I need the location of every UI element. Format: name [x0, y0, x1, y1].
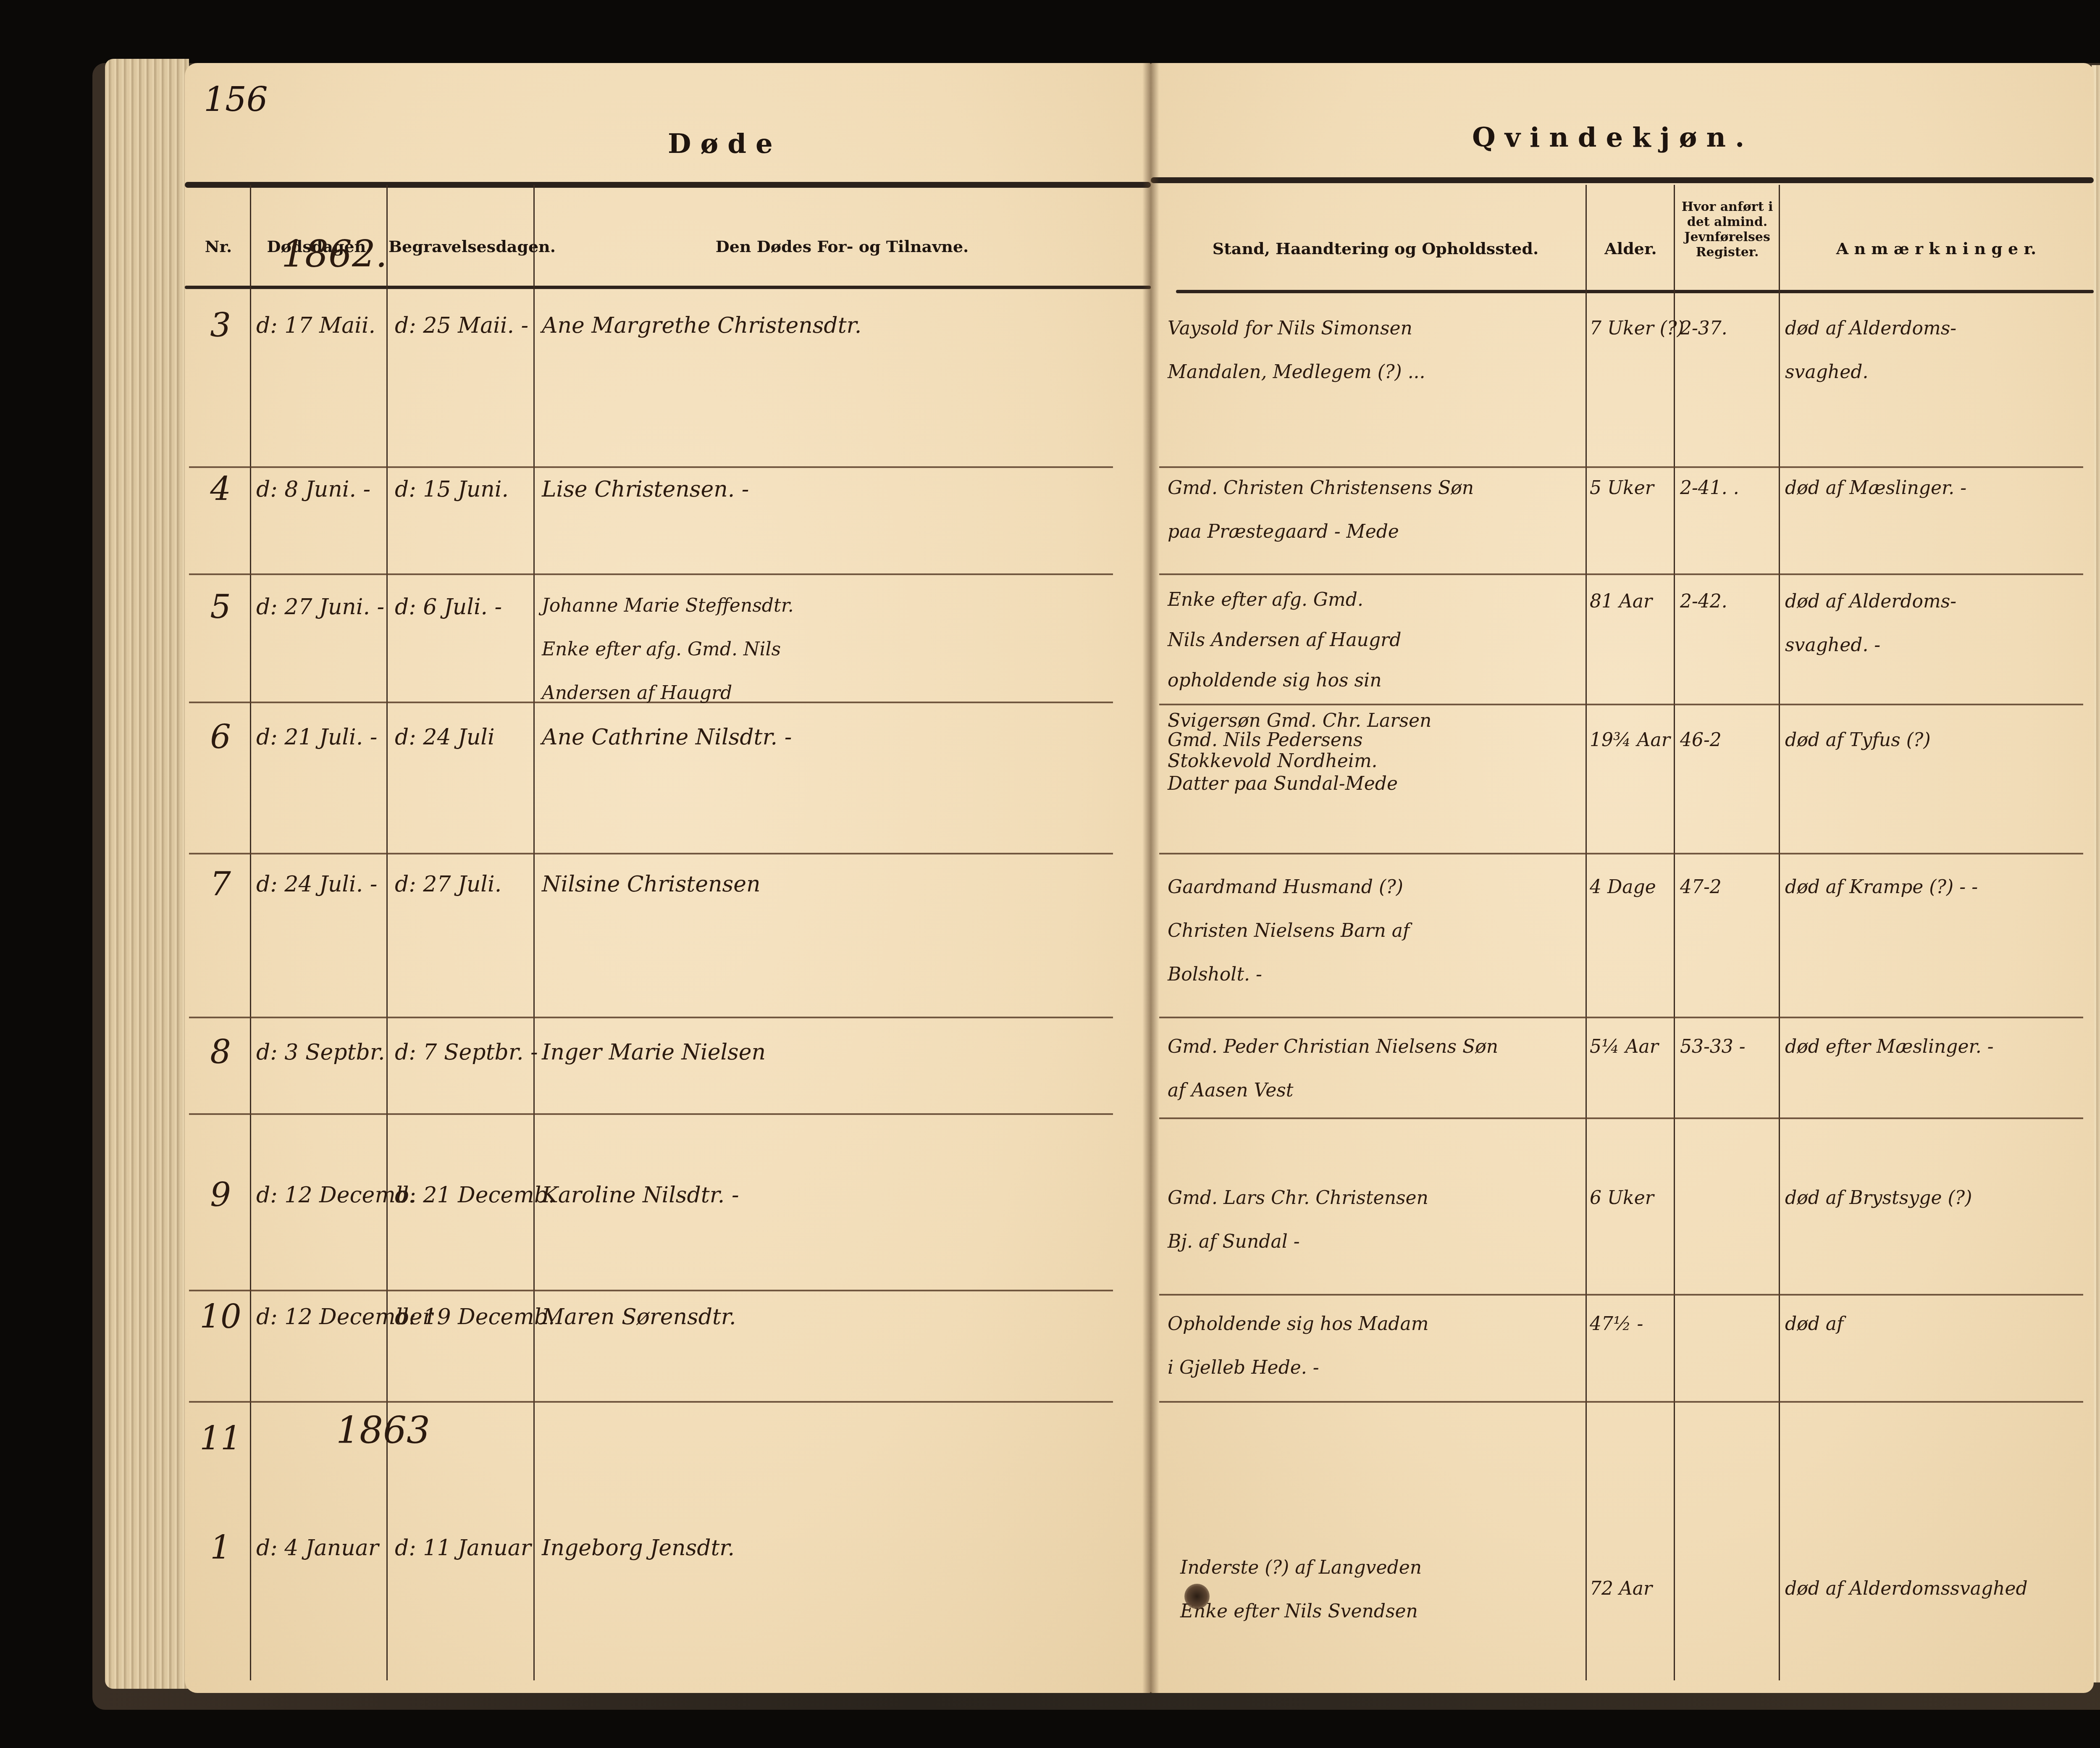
entry-name: Ane Cathrine Nilsdtr. - [542, 714, 792, 760]
left-page-title: Døde [668, 128, 782, 160]
entry-name: Karoline Nilsdtr. - [542, 1172, 739, 1218]
entry-nr: 9 [189, 1172, 252, 1218]
entry-register: 2-41. . [1680, 466, 1739, 510]
row-rule [189, 1017, 1113, 1018]
entry-nr: 3 [189, 302, 252, 349]
entry-remarks: død af Alderdoms- svaghed. - [1785, 580, 1956, 667]
entry-name: Lise Christensen. - [542, 466, 749, 513]
header-burial-date: Begravelsesdagen. [388, 237, 533, 256]
entry-name: Maren Sørensdtr. [542, 1294, 736, 1340]
row-rule [1159, 1017, 2083, 1018]
entry-status: Gmd. Peder Christian Nielsens Søn af Aas… [1168, 1025, 1498, 1112]
entry-nr: 4 [189, 466, 252, 513]
row-rule [189, 1401, 1113, 1403]
entry-nr: 5 [189, 584, 252, 630]
entry-death-date: d: 17 Maii. [256, 302, 375, 349]
entry-burial-date: d: 27 Juli. [395, 861, 501, 907]
right-page: Qvindekjøn. Stand, Haandtering og Ophold… [1151, 63, 2094, 1693]
entry-status: Vaysold for Nils Simonsen Mandalen, Medl… [1168, 307, 1425, 394]
entry-death-date: d: 4 Januar [256, 1525, 379, 1571]
entry-age: 4 Dage [1590, 865, 1656, 909]
entry-age: 6 Uker [1590, 1176, 1654, 1220]
entry-age: 5¼ Aar [1590, 1025, 1659, 1069]
entry-name: Ane Margrethe Christensdtr. [542, 302, 861, 349]
page-stack-left [105, 59, 189, 1689]
row-rule [1159, 1294, 2083, 1296]
entry-nr: 7 [189, 861, 252, 907]
entry-age: 7 Uker (?) [1590, 307, 1684, 350]
header-register: Hvor anført i det almind. Jevnførelses R… [1676, 200, 1779, 260]
row-rule [189, 1290, 1113, 1291]
entry-remarks: død af Mæslinger. - [1785, 466, 1966, 510]
year-1863: 1863 [336, 1407, 430, 1454]
entry-death-date: d: 3 Septbr. [256, 1029, 385, 1075]
entry-age: 19¾ Aar [1590, 718, 1670, 762]
entry-remarks: død af [1785, 1302, 1843, 1346]
section-number: 11 [189, 1416, 252, 1462]
entry-burial-date: d: 7 Septbr. - [395, 1029, 538, 1075]
book-gutter [1142, 63, 1159, 1693]
header-remarks: A n m æ r k n i n g e r. [1781, 239, 2092, 258]
entry-name: Nilsine Christensen [542, 861, 760, 907]
entry-register: 2-37. [1680, 307, 1727, 350]
header-bottom-rule [185, 286, 1151, 289]
year-1862: 1862. [281, 231, 387, 277]
paper-hole [1184, 1584, 1210, 1609]
col-divider [1674, 185, 1675, 1680]
entry-burial-date: d: 15 Juni. [395, 466, 509, 513]
row-rule [1159, 853, 2083, 854]
entry-nr: 6 [189, 714, 252, 760]
page-number: 156 [204, 80, 268, 119]
right-page-title: Qvindekjøn. [1472, 122, 1753, 153]
entry-status: Gmd. Nils Pedersens Datter paa Sundal-Me… [1168, 718, 1398, 806]
header-name: Den Dødes For- og Tilnavne. [535, 237, 1149, 256]
header-top-rule [185, 182, 1151, 188]
entry-remarks: død af Krampe (?) - - [1785, 865, 1978, 909]
row-rule [1159, 573, 2083, 575]
row-rule [189, 853, 1113, 854]
header-nr: Nr. [189, 237, 248, 256]
entry-status: Opholdende sig hos Madam i Gjelleb Hede.… [1168, 1302, 1428, 1390]
entry-death-date: d: 24 Juli. - [256, 861, 377, 907]
row-rule [1159, 1401, 2083, 1403]
entry-burial-date: d: 24 Juli [395, 714, 495, 760]
entry-register: 2-42. [1680, 580, 1727, 623]
entry-remarks: død af Tyfus (?) [1785, 718, 1931, 762]
entry-remarks: død af Brystsyge (?) [1785, 1176, 1972, 1220]
col-divider [1585, 185, 1587, 1680]
header-status: Stand, Haandtering og Opholdssted. [1168, 239, 1583, 258]
entry-death-date: d: 8 Juni. - [256, 466, 370, 513]
entry-name: Inger Marie Nielsen [542, 1029, 766, 1075]
entry-burial-date: d: 21 Decemb. [395, 1172, 555, 1218]
entry-age: 5 Uker [1590, 466, 1654, 510]
entry-remarks: død efter Mæslinger. - [1785, 1025, 1994, 1069]
col-divider [386, 185, 388, 1680]
entry-status: Gaardmand Husmand (?) Christen Nielsens … [1168, 865, 1410, 996]
entry-burial-date: d: 11 Januar [395, 1525, 531, 1571]
row-rule [189, 1113, 1113, 1115]
header-top-rule [1151, 177, 2094, 183]
row-rule [189, 573, 1113, 575]
left-page: 156 Døde Nr. Dødsdagen. Begravelsesdagen… [185, 63, 1151, 1693]
entry-name: Ingeborg Jensdtr. [542, 1525, 735, 1571]
entry-register: 47-2 [1680, 865, 1722, 909]
entry-death-date: d: 27 Juni. - [256, 584, 384, 630]
entry-remarks: død af Alderdomssvaghed [1785, 1567, 2028, 1611]
entry-age: 47½ - [1590, 1302, 1643, 1346]
entry-nr: 10 [189, 1294, 252, 1340]
entry-age: 81 Aar [1590, 580, 1652, 623]
entry-name: Johanne Marie Steffensdtr. Enke efter af… [542, 584, 794, 715]
entry-register: 46-2 [1680, 718, 1722, 762]
row-rule [1159, 1117, 2083, 1119]
header-age: Alder. [1588, 239, 1674, 258]
entry-death-date: d: 21 Juli. - [256, 714, 377, 760]
entry-register: 53-33 - [1680, 1025, 1746, 1069]
entry-status: Gmd. Lars Chr. Christensen Bj. af Sundal… [1168, 1176, 1428, 1264]
entry-remarks: død af Alderdoms- svaghed. [1785, 307, 1956, 394]
entry-burial-date: d: 6 Juli. - [395, 584, 502, 630]
entry-nr: 8 [189, 1029, 252, 1075]
entry-death-date: d: 12 Decemb. [256, 1172, 417, 1218]
entry-nr: 1 [189, 1525, 252, 1571]
header-bottom-rule [1176, 290, 2094, 293]
entry-status: Inderste (?) af Langveden Enke efter Nil… [1180, 1546, 1422, 1633]
entry-status: Gmd. Christen Christensens Søn paa Præst… [1168, 466, 1474, 554]
col-divider [533, 185, 535, 1680]
entry-age: 72 Aar [1590, 1567, 1652, 1611]
entry-burial-date: d: 25 Maii. - [395, 302, 528, 349]
entry-burial-date: d: 19 Decemb. [395, 1294, 555, 1340]
col-divider [1779, 185, 1780, 1680]
